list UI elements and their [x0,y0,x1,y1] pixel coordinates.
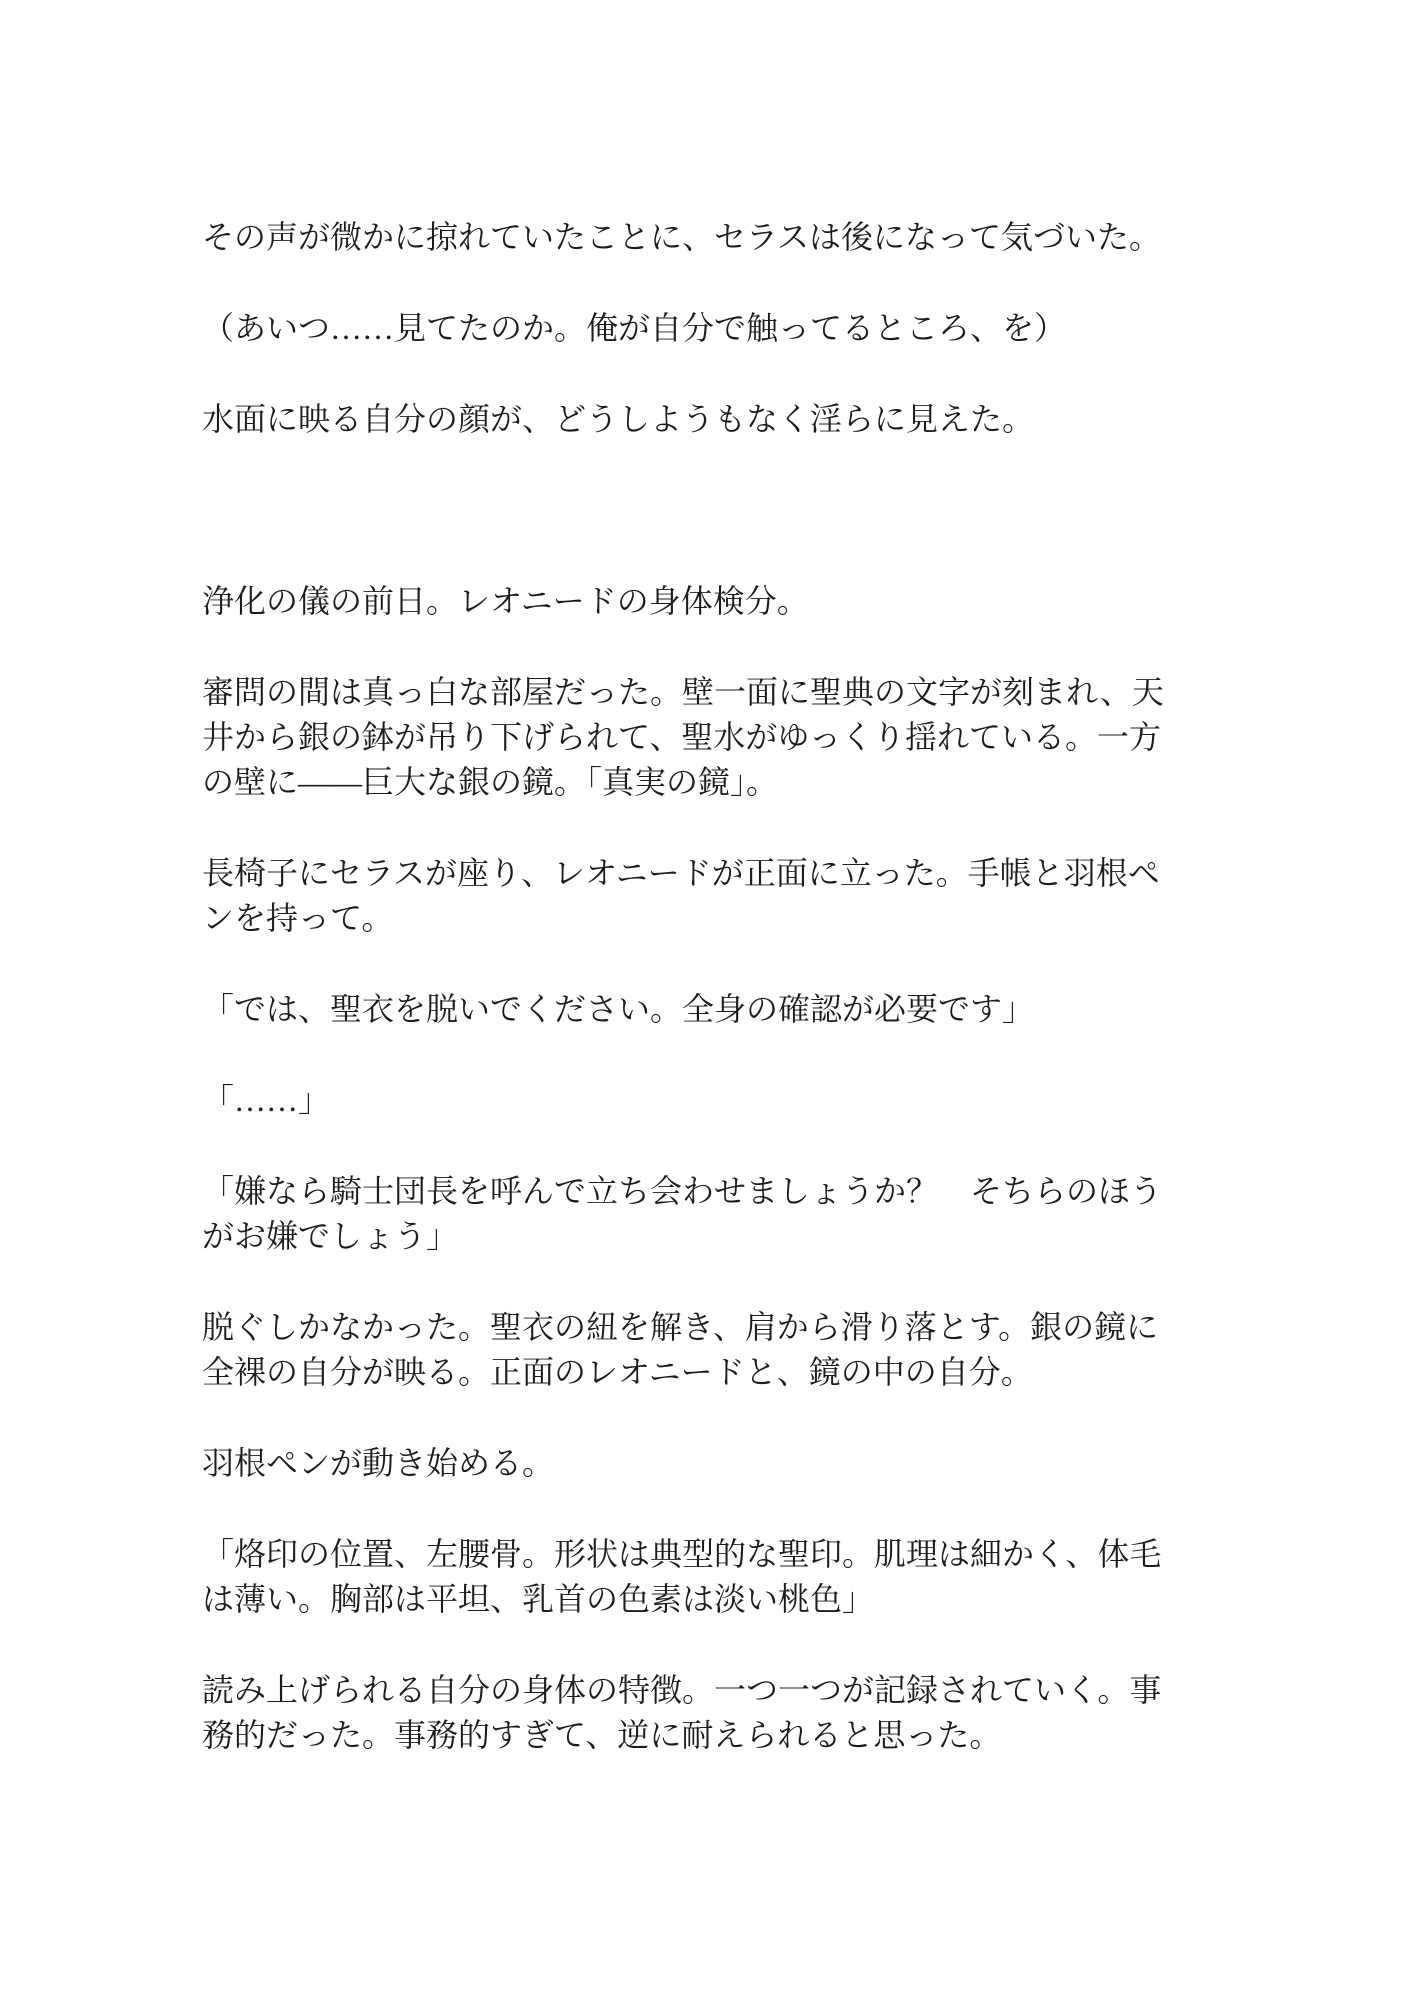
paragraph: 読み上げられる自分の身体の特徴。一つ一つが記録されていく。事務的だった。事務的す… [202,1668,1212,1758]
paragraph: 審問の間は真っ白な部屋だった。壁一面に聖典の文字が刻まれ、天井から銀の鉢が吊り下… [202,670,1212,805]
paragraph: 羽根ペンが動き始める。 [202,1441,1212,1486]
paragraph-line: 読み上げられる自分の身体の特徴。一つ一つが記録されていく。事 [202,1668,1212,1713]
paragraph-line: がお嫌でしょう」 [202,1214,1212,1259]
paragraph-line: 務的だった。事務的すぎて、逆に耐えられると思った。 [202,1713,1212,1758]
paragraph: 「嫌なら騎士団長を呼んで立ち会わせましょうか？ そちらのほうがお嫌でしょう」 [202,1169,1212,1259]
paragraph-line: 水面に映る自分の顔が、どうしようもなく淫らに見えた。 [202,397,1212,442]
paragraph-line: の壁に——巨大な銀の鏡。「真実の鏡」。 [202,760,1212,805]
paragraph-line: は薄い。胸部は平坦、乳首の色素は淡い桃色」 [202,1577,1212,1622]
paragraph-line: 「では、聖衣を脱いでください。全身の確認が必要です」 [202,987,1212,1032]
paragraph: （あいつ……見てたのか。俺が自分で触ってるところ、を） [202,306,1212,351]
page-text: その声が微かに掠れていたことに、セラスは後になって気づいた。（あいつ……見てたの… [202,215,1212,1804]
document-page: その声が微かに掠れていたことに、セラスは後になって気づいた。（あいつ……見てたの… [0,0,1415,2000]
paragraph: 「……」 [202,1078,1212,1123]
paragraph-line: 脱ぐしかなかった。聖衣の紐を解き、肩から滑り落とす。銀の鏡に [202,1305,1212,1350]
paragraph-line: 浄化の儀の前日。レオニードの身体検分。 [202,579,1212,624]
paragraph: 「では、聖衣を脱いでください。全身の確認が必要です」 [202,987,1212,1032]
paragraph: 脱ぐしかなかった。聖衣の紐を解き、肩から滑り落とす。銀の鏡に全裸の自分が映る。正… [202,1305,1212,1395]
paragraph-line: 羽根ペンが動き始める。 [202,1441,1212,1486]
paragraph: その声が微かに掠れていたことに、セラスは後になって気づいた。 [202,215,1212,260]
paragraph-line: ンを持って。 [202,896,1212,941]
paragraph: 浄化の儀の前日。レオニードの身体検分。 [202,579,1212,624]
paragraph-line: 「烙印の位置、左腰骨。形状は典型的な聖印。肌理は細かく、体毛 [202,1532,1212,1577]
paragraph-line: 「嫌なら騎士団長を呼んで立ち会わせましょうか？ そちらのほう [202,1169,1212,1214]
paragraph-line: 全裸の自分が映る。正面のレオニードと、鏡の中の自分。 [202,1350,1212,1395]
paragraph-line: 「……」 [202,1078,1212,1123]
paragraph-line: （あいつ……見てたのか。俺が自分で触ってるところ、を） [202,306,1212,351]
paragraph: 水面に映る自分の顔が、どうしようもなく淫らに見えた。 [202,397,1212,442]
paragraph: 長椅子にセラスが座り、レオニードが正面に立った。手帳と羽根ペンを持って。 [202,851,1212,941]
paragraph-line: 長椅子にセラスが座り、レオニードが正面に立った。手帳と羽根ペ [202,851,1212,896]
paragraph-line: 井から銀の鉢が吊り下げられて、聖水がゆっくり揺れている。一方 [202,715,1212,760]
paragraph-line: その声が微かに掠れていたことに、セラスは後になって気づいた。 [202,215,1212,260]
paragraph: 「烙印の位置、左腰骨。形状は典型的な聖印。肌理は細かく、体毛は薄い。胸部は平坦、… [202,1532,1212,1622]
paragraph-line: 審問の間は真っ白な部屋だった。壁一面に聖典の文字が刻まれ、天 [202,670,1212,715]
